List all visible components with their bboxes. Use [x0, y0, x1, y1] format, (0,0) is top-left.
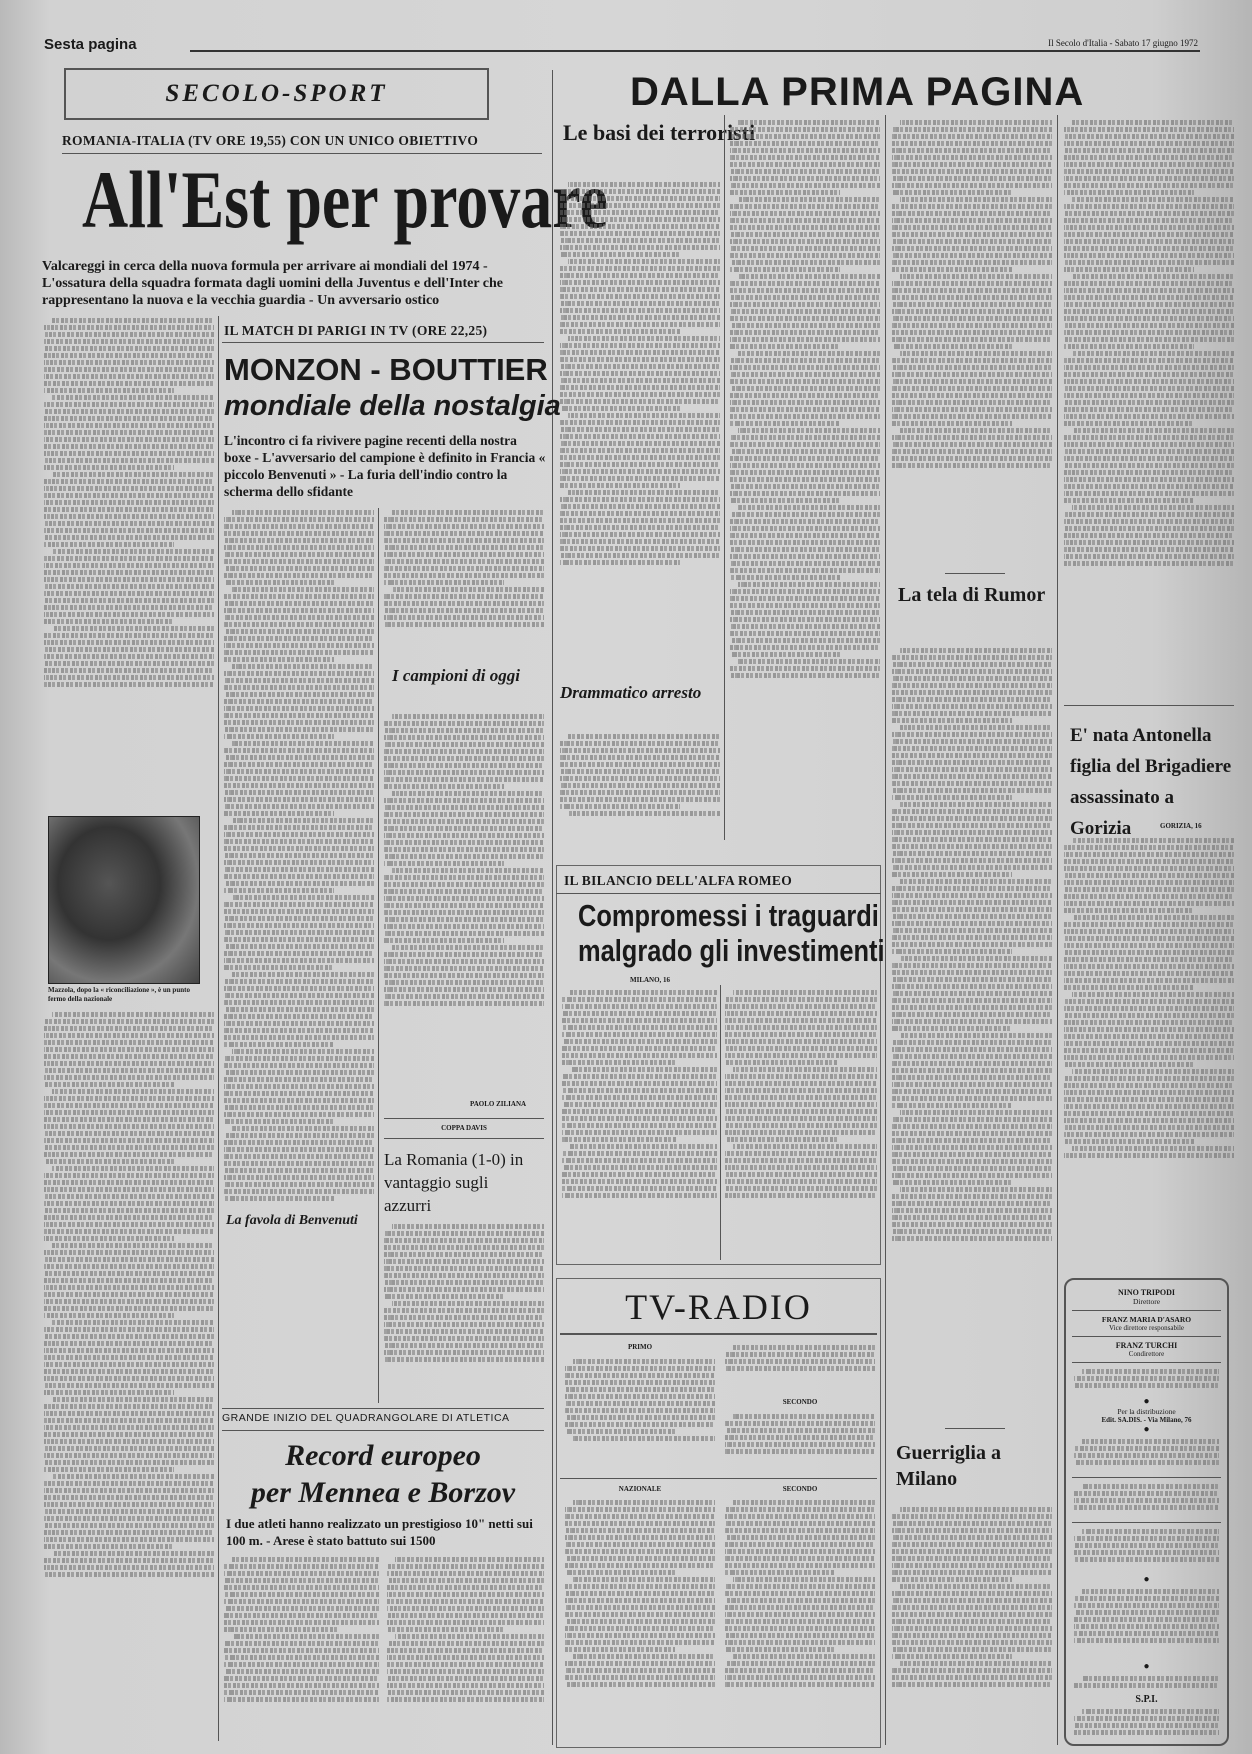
text-line [224, 776, 374, 781]
text-line [224, 622, 374, 627]
tv-channel-primo: PRIMO [565, 1343, 715, 1352]
text-line [224, 580, 334, 585]
text-line [224, 1690, 379, 1695]
alfa-headline-wrap: Compromessi i traguardi malgrado gli inv… [578, 898, 878, 978]
text-line [730, 673, 880, 678]
terroristi-article-body-2 [560, 732, 720, 842]
text-line [384, 573, 544, 578]
text-line [725, 1081, 877, 1086]
text-line [384, 910, 544, 915]
text-line [1074, 1557, 1219, 1562]
text-line [565, 1366, 715, 1371]
divider [560, 1333, 877, 1335]
text-line [725, 1032, 877, 1037]
text-line [892, 753, 1052, 758]
text-line [224, 1585, 379, 1590]
text-line [44, 1131, 214, 1136]
text-line [44, 1257, 214, 1262]
text-line [892, 316, 1052, 321]
text-line [44, 1565, 214, 1570]
boxing-article-body-2 [384, 508, 544, 663]
text-line [892, 288, 1052, 293]
text-line [1072, 915, 1234, 920]
text-line [1064, 1118, 1234, 1123]
text-line [560, 539, 720, 544]
text-line [560, 797, 720, 802]
text-line [1064, 484, 1234, 489]
text-line [730, 211, 880, 216]
text-line [384, 1336, 544, 1341]
text-line [44, 640, 214, 645]
text-line [392, 868, 544, 873]
text-line [892, 1612, 1052, 1617]
text-line [1064, 554, 1234, 559]
text-line [730, 183, 880, 188]
text-line [1064, 281, 1234, 286]
text-line [44, 577, 214, 582]
text-line [44, 1523, 214, 1528]
text-line [730, 477, 880, 482]
front-article-body [892, 118, 1052, 568]
divider [945, 1428, 1005, 1429]
text-line [892, 690, 1052, 695]
text-line [560, 315, 720, 320]
text-line [892, 907, 1052, 912]
text-line [560, 532, 720, 537]
text-line [565, 1408, 715, 1413]
text-line [892, 683, 1052, 688]
text-line [730, 421, 840, 426]
text-line [730, 309, 880, 314]
alfa-kicker: IL BILANCIO DELL'ALFA ROMEO [564, 873, 792, 889]
text-line [900, 1661, 1052, 1666]
text-line [232, 741, 374, 746]
text-line [725, 1535, 875, 1540]
text-line [892, 1222, 1052, 1227]
text-line [892, 169, 1052, 174]
boxing-article-body-3 [384, 712, 544, 1092]
football-photo [48, 816, 200, 984]
text-line [384, 1238, 544, 1243]
text-line [730, 589, 880, 594]
text-line [900, 428, 1052, 433]
text-line [44, 1558, 214, 1563]
text-line [44, 1208, 214, 1213]
text-line [892, 1152, 1052, 1157]
text-line [892, 1640, 1052, 1645]
text-line [1064, 1048, 1234, 1053]
text-line [1074, 1617, 1219, 1622]
text-line [224, 1070, 374, 1075]
text-line [892, 190, 1012, 195]
text-line [892, 1556, 1052, 1561]
text-line [384, 840, 544, 845]
text-line [44, 1327, 214, 1332]
text-line [224, 566, 374, 571]
terroristi-article-body [560, 180, 720, 680]
tela-article-body [892, 646, 1052, 1416]
text-line [738, 351, 880, 356]
text-line [725, 1172, 877, 1177]
text-line [387, 1627, 504, 1632]
text-line [725, 1018, 877, 1023]
kicker-rule [222, 342, 544, 343]
text-line [562, 1060, 677, 1065]
text-line [392, 587, 544, 592]
text-line [224, 1077, 374, 1082]
text-line [384, 1259, 544, 1264]
alfa-article-body-2 [725, 988, 877, 1258]
text-line [730, 449, 880, 454]
text-line [44, 1278, 214, 1283]
text-line [44, 1306, 214, 1311]
text-line [892, 295, 1052, 300]
text-line [562, 1004, 717, 1009]
text-line [725, 1521, 875, 1526]
text-line [384, 749, 544, 754]
text-line [560, 371, 720, 376]
text-line [1064, 344, 1194, 349]
text-line [224, 790, 374, 795]
text-line [1064, 1055, 1234, 1060]
text-line [568, 490, 720, 495]
text-line [560, 266, 720, 271]
text-line [224, 608, 374, 613]
text-line [1072, 838, 1234, 843]
text-line [384, 756, 544, 761]
text-line [232, 1126, 374, 1131]
text-line [1064, 372, 1234, 377]
lead-article-body-continued [44, 1010, 214, 1745]
text-line [565, 1415, 715, 1420]
text-line [1064, 901, 1234, 906]
text-line [730, 512, 880, 517]
text-line [384, 1329, 544, 1334]
text-line [892, 1159, 1052, 1164]
text-line [384, 903, 544, 908]
text-line [387, 1592, 544, 1597]
text-line [892, 1068, 1052, 1073]
text-line [44, 1180, 214, 1185]
text-line [560, 427, 720, 432]
text-line [725, 1507, 875, 1512]
text-line [1064, 260, 1234, 265]
text-line [562, 1137, 677, 1142]
text-line [565, 1633, 715, 1638]
director-role: Direttore [1066, 1297, 1227, 1306]
text-line [44, 388, 174, 393]
text-line [725, 1186, 877, 1191]
text-line [387, 1564, 544, 1569]
text-line [730, 638, 880, 643]
text-line [892, 421, 1012, 426]
text-line [562, 1095, 717, 1100]
text-line [725, 1612, 875, 1617]
text-line [560, 455, 720, 460]
text-line [1064, 239, 1234, 244]
text-line [892, 669, 1052, 674]
text-line [730, 176, 880, 181]
text-line [562, 1116, 717, 1121]
text-line [730, 344, 840, 349]
text-line [725, 1584, 875, 1589]
tvradio-title: TV-RADIO [556, 1285, 881, 1329]
text-line [387, 1571, 544, 1576]
text-line [725, 1060, 837, 1065]
text-line [892, 379, 1052, 384]
text-line [44, 1103, 214, 1108]
text-line [730, 302, 880, 307]
text-line [44, 535, 214, 540]
text-line [1064, 943, 1234, 948]
text-line [44, 1187, 214, 1192]
text-line [730, 155, 880, 160]
text-line [730, 666, 880, 671]
text-line [224, 1154, 374, 1159]
text-line [892, 330, 1052, 335]
text-line [725, 1633, 875, 1638]
text-line [730, 365, 880, 370]
text-line [1064, 498, 1194, 503]
text-line [387, 1620, 544, 1625]
text-line [384, 601, 544, 606]
text-line [725, 1598, 875, 1603]
text-line [52, 1166, 214, 1171]
text-line [1064, 379, 1234, 384]
antonella-headline: E' nata Antonella figlia del Brigadiere … [1070, 720, 1235, 844]
text-line [565, 1682, 715, 1687]
text-line [44, 1047, 214, 1052]
deputy-role: Vice direttore responsabile [1066, 1324, 1227, 1332]
tv-primo-listings [565, 1357, 715, 1467]
text-line [892, 344, 1012, 349]
text-line [384, 973, 544, 978]
text-line [562, 1102, 717, 1107]
text-line [892, 1019, 1052, 1024]
text-line [725, 1682, 875, 1687]
text-line [560, 329, 680, 334]
text-line [733, 1345, 875, 1350]
athletics-deck: I due atleti hanno realizzato un prestig… [226, 1515, 544, 1549]
text-line [560, 217, 720, 222]
text-line [565, 1640, 715, 1645]
text-line [1072, 505, 1234, 510]
text-line [224, 846, 374, 851]
text-line [44, 1222, 214, 1227]
text-line [565, 1380, 715, 1385]
text-line [44, 1124, 214, 1129]
text-line [560, 769, 720, 774]
text-line [730, 596, 880, 601]
text-line [392, 510, 544, 515]
text-line [892, 365, 1052, 370]
text-line [892, 281, 1052, 286]
text-line [892, 1026, 1012, 1031]
text-line [224, 552, 374, 557]
text-line [733, 1654, 875, 1659]
text-line [384, 763, 544, 768]
text-line [560, 741, 720, 746]
text-line [1064, 386, 1234, 391]
text-line [1064, 183, 1234, 188]
text-line [224, 573, 374, 578]
text-line [1064, 950, 1234, 955]
text-line [224, 727, 374, 732]
text-line [44, 1383, 214, 1388]
divider [384, 1118, 544, 1119]
text-line [384, 742, 544, 747]
text-line [44, 528, 214, 533]
text-line [892, 134, 1052, 139]
text-line [44, 1572, 214, 1577]
text-line [224, 1578, 379, 1583]
text-line [1064, 512, 1234, 517]
divider [1064, 705, 1234, 706]
text-line [224, 706, 374, 711]
text-line [224, 804, 374, 809]
text-line [224, 1571, 379, 1576]
text-line [892, 1166, 1052, 1171]
text-line [892, 1096, 1052, 1101]
text-line [725, 1556, 875, 1561]
text-line [562, 1074, 717, 1079]
text-line [892, 767, 1052, 772]
text-line [725, 1179, 877, 1184]
text-line [892, 1619, 1052, 1624]
text-line [44, 1054, 214, 1059]
text-line [1074, 1596, 1219, 1601]
text-line [52, 1474, 214, 1479]
text-line [44, 591, 214, 596]
text-line [562, 1088, 717, 1093]
text-line [224, 1175, 374, 1180]
text-line [892, 1145, 1052, 1150]
text-line [224, 559, 374, 564]
text-line [1064, 127, 1234, 132]
text-line [730, 533, 880, 538]
text-line [52, 1089, 214, 1094]
text-line [892, 1654, 1012, 1659]
text-line [224, 783, 374, 788]
text-line [562, 1172, 717, 1177]
text-line [224, 1035, 374, 1040]
text-line [562, 1081, 717, 1086]
text-line [892, 176, 1052, 181]
text-line [725, 997, 877, 1002]
text-line [52, 472, 214, 477]
text-line [730, 603, 880, 608]
text-line [224, 1606, 379, 1611]
text-line [892, 893, 1052, 898]
terroristi-subhead: Drammatico arresto [560, 683, 710, 703]
text-line [892, 204, 1052, 209]
text-line [384, 931, 544, 936]
text-line [44, 458, 214, 463]
text-line [384, 889, 544, 894]
text-line [44, 1215, 214, 1220]
divider [222, 1430, 544, 1431]
text-line [892, 1194, 1052, 1199]
text-line [562, 1179, 717, 1184]
boxing-headline-2: mondiale della nostalgia [224, 390, 561, 422]
text-line [562, 1018, 717, 1023]
text-line [560, 273, 720, 278]
distribution-label: Per la distribuzione [1066, 1407, 1227, 1416]
text-line [900, 197, 1052, 202]
text-line [387, 1585, 544, 1590]
text-line [44, 514, 214, 519]
text-line [392, 945, 544, 950]
publisher-name: S.P.I. [1066, 1694, 1227, 1705]
text-line [560, 553, 720, 558]
text-line [44, 416, 214, 421]
text-line [44, 437, 214, 442]
text-line [44, 1516, 214, 1521]
text-line [387, 1578, 544, 1583]
text-line [725, 1528, 875, 1533]
text-line [1064, 204, 1234, 209]
text-line [1064, 491, 1234, 496]
athletics-headline-2: per Mennea e Borzov [222, 1475, 544, 1510]
text-line [224, 1648, 379, 1653]
text-line [1082, 1709, 1219, 1714]
text-line [1074, 1603, 1219, 1608]
text-line [44, 1425, 214, 1430]
text-line [892, 732, 1052, 737]
text-line [892, 1208, 1052, 1213]
text-line [892, 711, 1052, 716]
text-line [1074, 1610, 1219, 1615]
text-line [224, 1161, 374, 1166]
text-line [892, 1082, 1052, 1087]
text-line [44, 1236, 174, 1241]
text-line [725, 1626, 875, 1631]
text-line [1072, 1146, 1234, 1151]
text-line [1064, 421, 1194, 426]
radio-secondo-listings [725, 1498, 875, 1743]
text-line [44, 1439, 214, 1444]
text-line [560, 385, 720, 390]
text-line [560, 448, 720, 453]
text-line [730, 491, 880, 496]
text-line [44, 1229, 214, 1234]
text-line [892, 1542, 1052, 1547]
tv-channel-secondo: SECONDO [725, 1398, 875, 1407]
text-line [892, 1229, 1052, 1234]
masthead-date: Il Secolo d'Italia - Sabato 17 giugno 19… [1048, 38, 1198, 48]
text-line [1064, 540, 1234, 545]
athletics-kicker: GRANDE INIZIO DEL QUADRANGOLARE DI ATLET… [222, 1412, 510, 1424]
text-line [384, 917, 544, 922]
text-line [1072, 120, 1234, 125]
text-line [892, 970, 1052, 975]
text-line [44, 605, 214, 610]
text-line [562, 1011, 717, 1016]
text-line [224, 671, 374, 676]
text-line [725, 1442, 875, 1447]
text-line [384, 559, 544, 564]
text-line [44, 1159, 174, 1164]
boxing-deck: L'incontro ci fa rivivere pagine recenti… [224, 432, 546, 500]
text-line [1064, 1111, 1234, 1116]
text-line [1064, 148, 1234, 153]
text-line [44, 1110, 214, 1115]
text-line [392, 1301, 544, 1306]
text-line [232, 664, 374, 669]
text-line [892, 1626, 1052, 1631]
text-line [730, 645, 880, 650]
masthead-info [1074, 1367, 1219, 1394]
